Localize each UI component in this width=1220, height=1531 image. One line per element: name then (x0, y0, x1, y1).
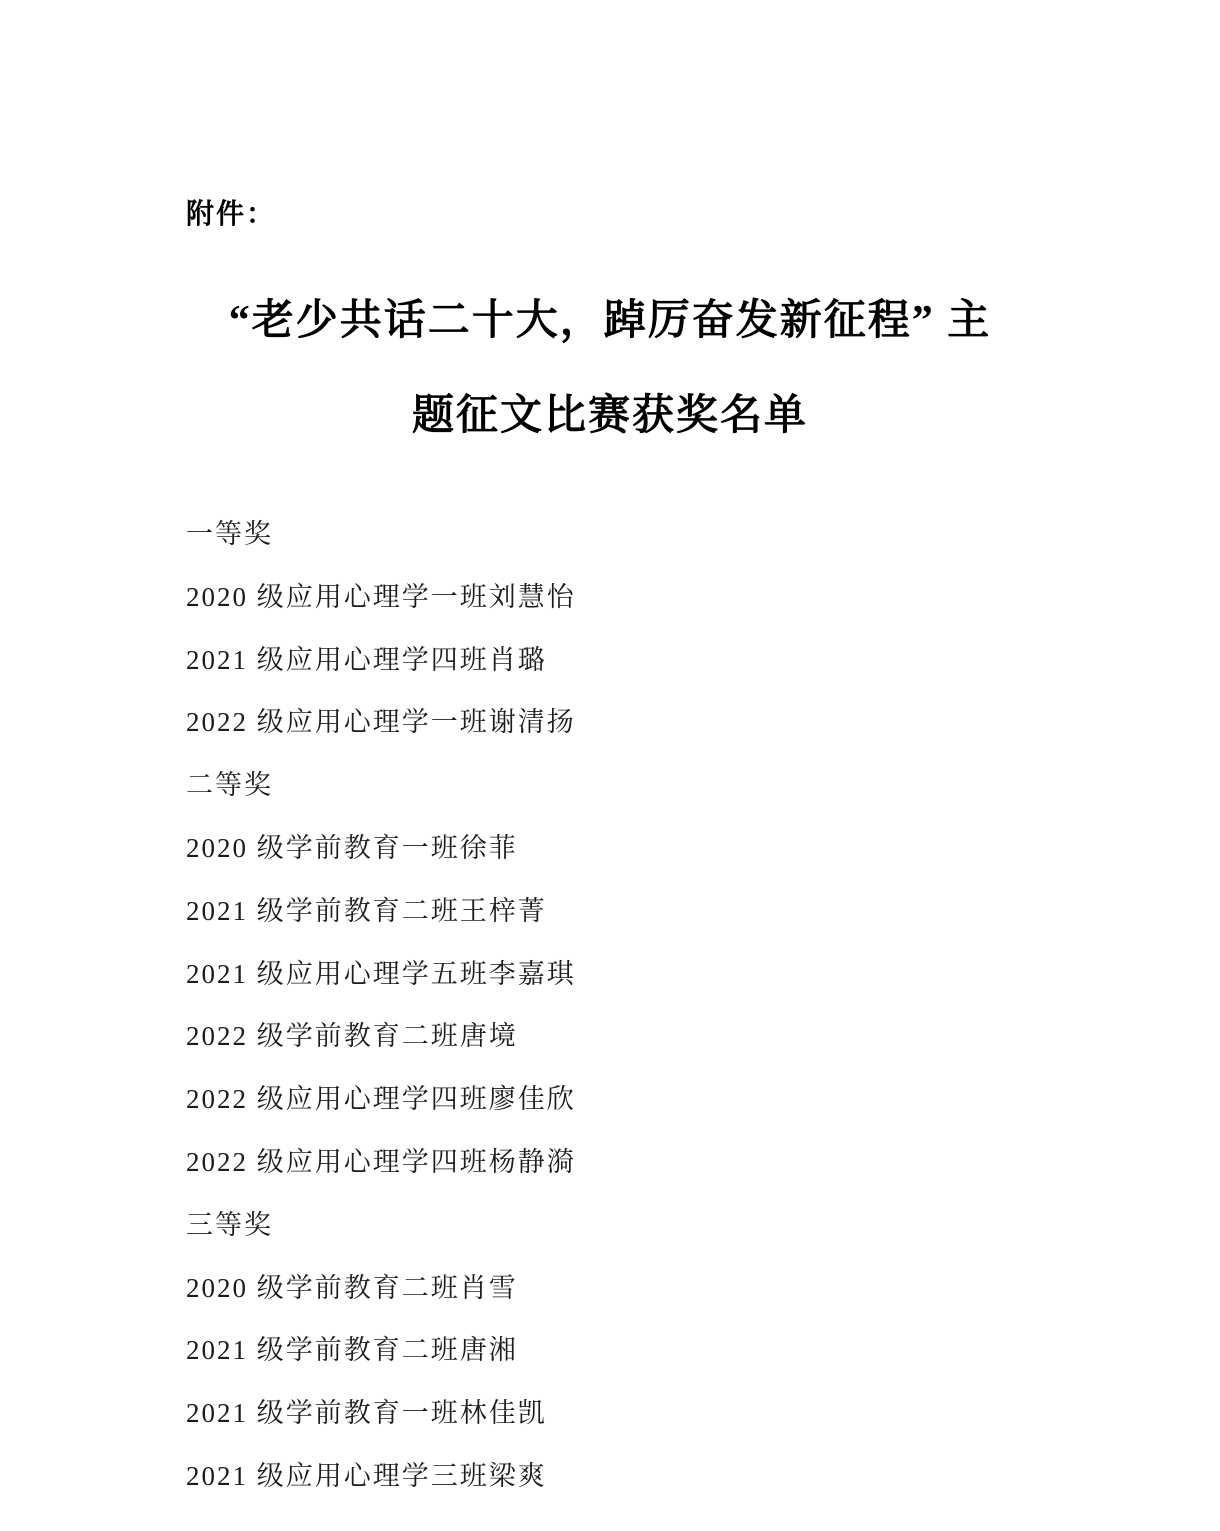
winner-line: 2021 级学前教育二班王梓菁 (186, 880, 576, 943)
winner-line: 2022 级应用心理学四班廖佳欣 (186, 1068, 576, 1131)
document-page: 附件： “老少共话二十大，踔厉奋发新征程” 主 题征文比赛获奖名单 一等奖202… (0, 0, 1220, 1531)
document-title: “老少共话二十大，踔厉奋发新征程” 主 题征文比赛获奖名单 (60, 274, 1160, 464)
winner-line: 2021 级学前教育二班唐湘 (186, 1319, 576, 1382)
winner-line: 2021 级应用心理学五班李嘉琪 (186, 943, 576, 1006)
winner-line: 2021 级应用心理学三班梁爽 (186, 1445, 576, 1508)
winner-line: 2020 级学前教育一班徐菲 (186, 817, 576, 880)
winner-line: 2021 级学前教育一班林佳凯 (186, 1382, 576, 1445)
award-level-heading: 二等奖 (186, 754, 576, 817)
document-title-line-1: “老少共话二十大，踔厉奋发新征程” 主 (60, 274, 1160, 369)
winner-line: 2020 级学前教育二班肖雪 (186, 1257, 576, 1320)
award-list: 一等奖2020 级应用心理学一班刘慧怡2021 级应用心理学四班肖璐2022 级… (186, 503, 576, 1508)
award-level-heading: 一等奖 (186, 503, 576, 566)
award-level-heading: 三等奖 (186, 1194, 576, 1257)
winner-line: 2022 级应用心理学四班杨静漪 (186, 1131, 576, 1194)
winner-line: 2022 级学前教育二班唐境 (186, 1005, 576, 1068)
winner-line: 2021 级应用心理学四班肖璐 (186, 629, 576, 692)
winner-line: 2022 级应用心理学一班谢清扬 (186, 691, 576, 754)
attachment-label: 附件： (186, 192, 276, 232)
winner-line: 2020 级应用心理学一班刘慧怡 (186, 566, 576, 629)
document-title-line-2: 题征文比赛获奖名单 (60, 369, 1160, 464)
